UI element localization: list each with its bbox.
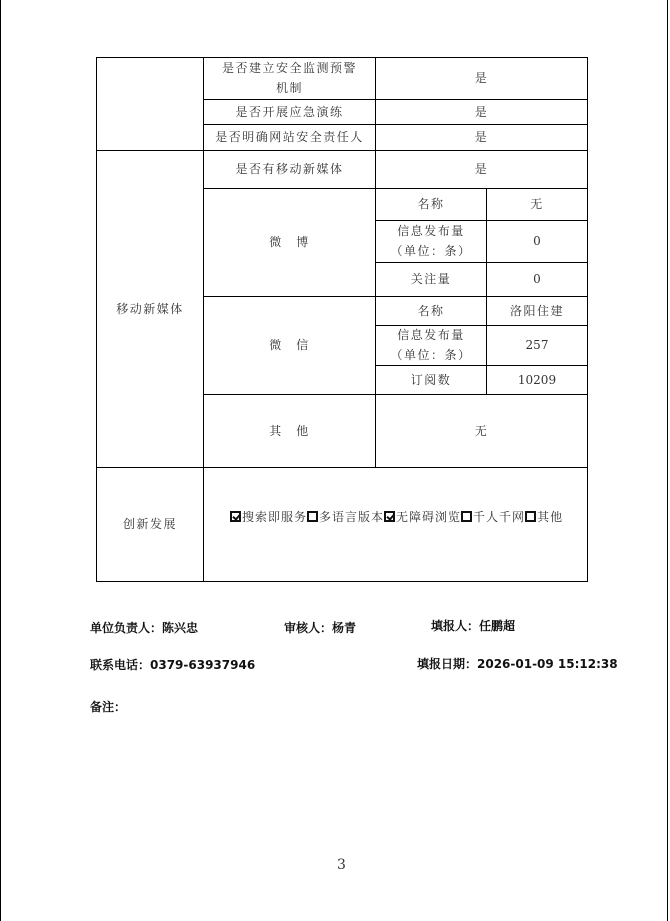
option-personalized[interactable]: 千人千网 bbox=[461, 510, 525, 524]
reviewer: 审核人：杨青 bbox=[284, 619, 356, 636]
fill-date: 填报日期：2026-01-09 15:12:38 bbox=[417, 655, 618, 672]
weibo-label: 微 博 bbox=[204, 188, 375, 296]
option-multilingual[interactable]: 多语言版本 bbox=[307, 510, 384, 524]
notes: 备注： bbox=[90, 698, 126, 715]
wechat-posts-label: 信息发布量 （单位：条） bbox=[376, 325, 486, 365]
unit-head: 单位负责人：陈兴忠 bbox=[90, 619, 198, 636]
emergency-drill-label: 是否开展应急演练 bbox=[204, 99, 375, 124]
other-media-label: 其 他 bbox=[204, 394, 375, 467]
option-search-service[interactable]: 搜索即服务 bbox=[230, 510, 307, 524]
innovation-options: 搜索即服务多语言版本无障碍浏览千人千网其他 bbox=[230, 508, 563, 525]
checkbox-checked-icon[interactable] bbox=[384, 511, 395, 522]
innovation-section-label: 创新发展 bbox=[97, 467, 203, 581]
checkbox-unchecked-icon[interactable] bbox=[307, 511, 318, 522]
weibo-posts-value: 0 bbox=[487, 220, 587, 262]
wechat-label: 微 信 bbox=[204, 296, 375, 394]
checkbox-unchecked-icon[interactable] bbox=[461, 511, 472, 522]
has-mobile-media-value: 是 bbox=[376, 150, 587, 188]
option-other[interactable]: 其他 bbox=[525, 510, 563, 524]
weibo-name-label: 名称 bbox=[376, 188, 486, 220]
wechat-subscribers-label: 订阅数 bbox=[376, 365, 486, 394]
checkbox-unchecked-icon[interactable] bbox=[525, 511, 536, 522]
option-accessibility[interactable]: 无障碍浏览 bbox=[384, 510, 461, 524]
weibo-followers-label: 关注量 bbox=[376, 262, 486, 296]
wechat-posts-value: 257 bbox=[487, 325, 587, 365]
weibo-posts-label: 信息发布量 （单位：条） bbox=[376, 220, 486, 262]
emergency-drill-value: 是 bbox=[376, 99, 587, 124]
security-monitoring-value: 是 bbox=[376, 57, 587, 99]
mobile-media-section-label: 移动新媒体 bbox=[97, 150, 203, 467]
wechat-subscribers-value: 10209 bbox=[487, 365, 587, 394]
contact-phone: 联系电话：0379-63937946 bbox=[90, 656, 255, 673]
page-number: 3 bbox=[337, 857, 346, 873]
wechat-name-label: 名称 bbox=[376, 296, 486, 325]
other-media-value: 无 bbox=[376, 394, 587, 467]
security-officer-value: 是 bbox=[376, 124, 587, 150]
weibo-name-value: 无 bbox=[487, 188, 587, 220]
wechat-name-value: 洛阳住建 bbox=[487, 296, 587, 325]
security-monitoring-label: 是否建立安全监测预警 机制 bbox=[204, 57, 375, 99]
weibo-followers-value: 0 bbox=[487, 262, 587, 296]
checkbox-checked-icon[interactable] bbox=[230, 511, 241, 522]
has-mobile-media-label: 是否有移动新媒体 bbox=[204, 150, 375, 188]
security-officer-label: 是否明确网站安全责任人 bbox=[204, 124, 375, 150]
document-page: 是否建立安全监测预警 机制 是 是否开展应急演练 是 是否明确网站安全责任人 是… bbox=[0, 0, 668, 921]
filler: 填报人：任鹏超 bbox=[431, 617, 515, 634]
